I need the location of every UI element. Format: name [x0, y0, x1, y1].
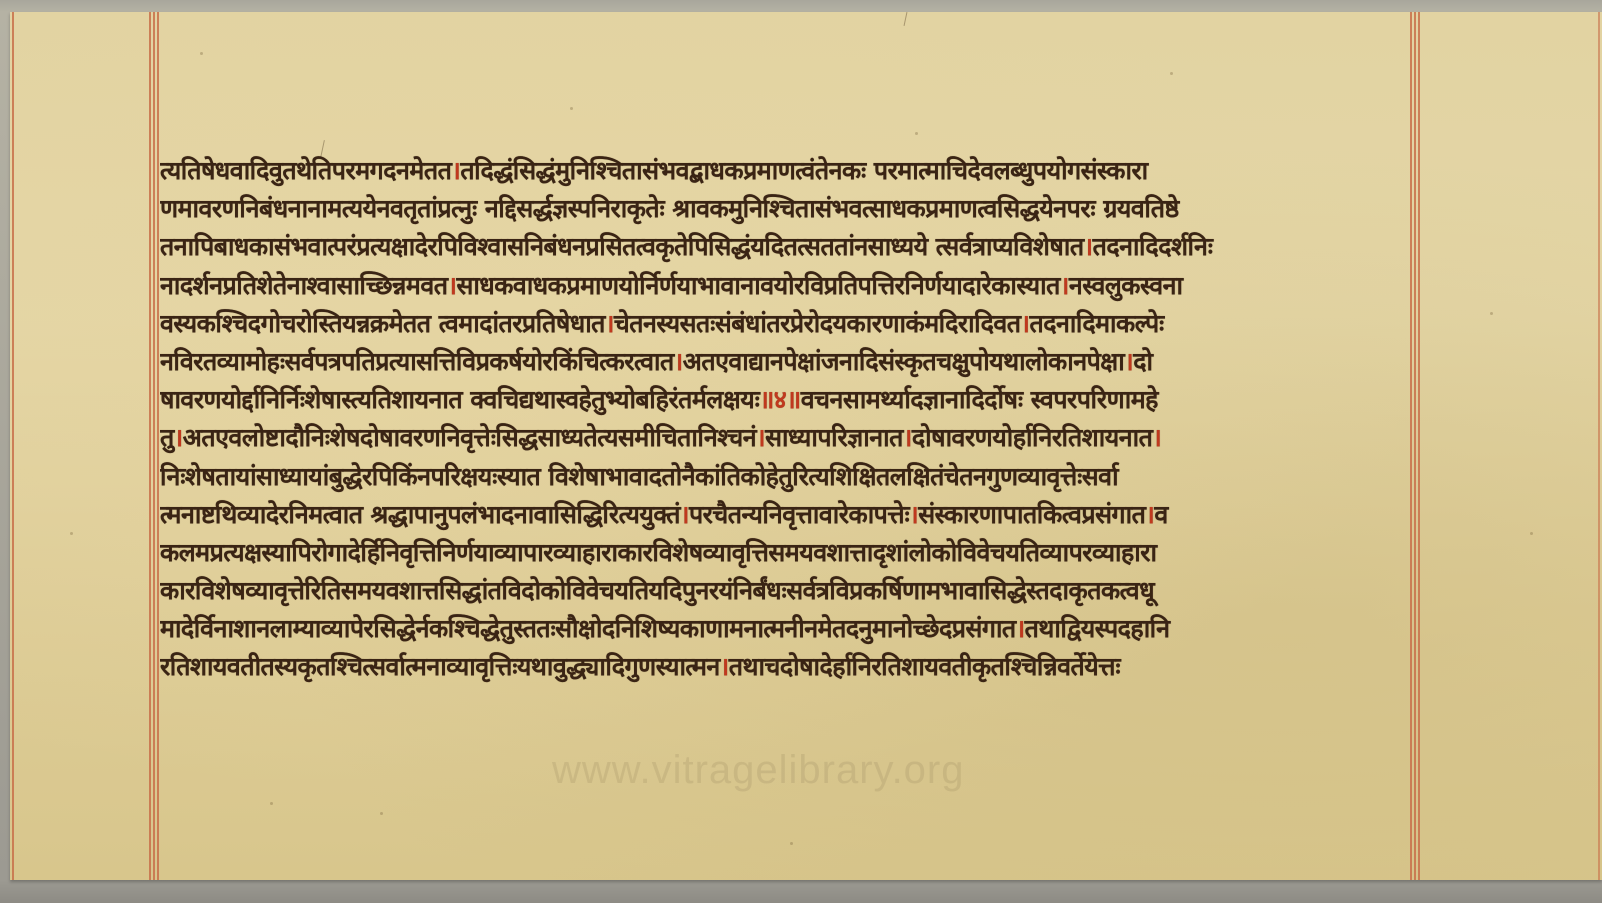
rubric-danda: ।	[1060, 271, 1069, 300]
right-outer-margin-rule	[1598, 12, 1600, 880]
left-margin-rule-2	[153, 12, 155, 880]
paper-speck	[200, 52, 203, 55]
rubric-danda: ।	[680, 500, 689, 529]
paper-speck	[570, 107, 573, 110]
rubric-danda: ।	[674, 347, 683, 376]
manuscript-line-10: त्मनाष्टथिव्यादेरनिमत्वात श्रद्धापानुपलं…	[160, 496, 1412, 534]
left-margin-rule-1	[149, 12, 151, 880]
manuscript-line-3: तनापिबाधकासंभवात्परंप्रत्यक्षादेरपिविश्व…	[160, 228, 1412, 266]
rubric-danda: ।	[1145, 500, 1154, 529]
right-margin-rule-2	[1414, 12, 1416, 880]
manuscript-line-1: त्यतिषेधवादिवुतथेतिपरमगदनमेतत।तदिद्धंसिद…	[160, 152, 1412, 190]
rubric-danda: ।	[451, 156, 460, 185]
manuscript-line-8: तु।अतएवलोष्टादौनिःशेषदोषावरणनिवृत्तेःसिद…	[160, 419, 1412, 457]
rubric-danda: ।	[720, 652, 729, 681]
manuscript-line-11: कलमप्रत्यक्षस्यापिरोगादेर्हिनिवृत्तिनिर्…	[160, 534, 1412, 572]
manuscript-line-7: षावरणयोर्द्दानिर्निःशेषास्त्यतिशायनात क्…	[160, 381, 1412, 419]
manuscript-line-5: वस्यकश्चिदगोचरोस्तियन्नक्रमेतत त्वमादांत…	[160, 305, 1412, 343]
paper-speck	[270, 802, 273, 805]
paper-speck	[1170, 72, 1173, 75]
paper-speck	[1530, 532, 1533, 535]
left-outer-margin-rule	[12, 12, 14, 880]
manuscript-line-2: णमावरणनिबंधनानामत्ययेनवतृतांप्रत्नुः नद्…	[160, 190, 1412, 228]
paper-speck	[790, 842, 793, 845]
rubric-danda: ।	[174, 423, 183, 452]
paper-fibre	[904, 12, 908, 26]
manuscript-line-13: मादेर्विनाशानलाम्याव्यापेरसिद्धेर्नकश्चि…	[160, 610, 1412, 648]
rubric-danda: ।	[909, 500, 918, 529]
rubric-danda: ।	[1016, 614, 1025, 643]
rubric-danda: ।	[1124, 347, 1133, 376]
rubric-verse-number: ॥४॥	[759, 385, 800, 414]
left-margin-rule-3	[157, 12, 159, 880]
paper-speck	[915, 132, 918, 135]
rubric-danda: ।	[605, 309, 614, 338]
rubric-danda: ।	[1152, 423, 1161, 452]
manuscript-line-12: कारविशेषव्यावृत्तेरितिसमयवशात्तसिद्धांतव…	[160, 572, 1412, 610]
paper-speck	[70, 532, 73, 535]
library-watermark: www.vitragelibrary.org	[552, 748, 965, 793]
rubric-danda: ।	[756, 423, 765, 452]
paper-speck	[380, 812, 383, 815]
right-margin-rule-3	[1418, 12, 1420, 880]
rubric-danda: ।	[1084, 232, 1093, 261]
manuscript-text-block: त्यतिषेधवादिवुतथेतिपरमगदनमेतत।तदिद्धंसिद…	[160, 152, 1412, 687]
rubric-danda: ।	[903, 423, 912, 452]
manuscript-line-6: नविरतव्यामोहःसर्वपत्रपतिप्रत्यासत्तिविप्…	[160, 343, 1412, 381]
manuscript-line-9: निःशेषतायांसाध्यायांबुद्धेरपिकिंनपरिक्षय…	[160, 458, 1412, 496]
paper-speck	[1490, 312, 1493, 315]
manuscript-line-14: रतिशायवतीतस्यकृतश्चित्सर्वात्मनाव्यावृत्…	[160, 648, 1412, 686]
manuscript-line-4: नादर्शनप्रतिशेतेनाश्वासाच्छिन्नमवत।साधकव…	[160, 267, 1412, 305]
